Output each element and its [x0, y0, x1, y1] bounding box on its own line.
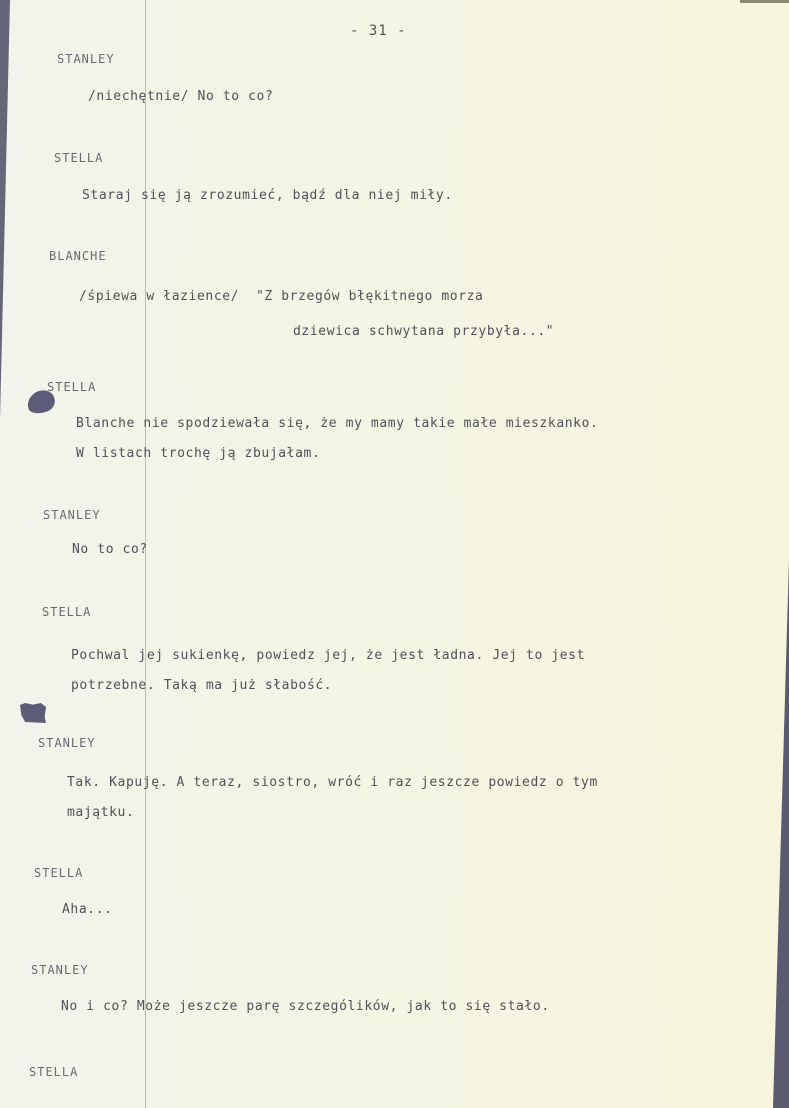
speaker-name: BLANCHE	[49, 249, 107, 263]
ink-blot	[20, 703, 46, 723]
dialogue-line: /niechętnie/ No to co?	[88, 89, 273, 104]
page-number: - 31 -	[350, 23, 407, 39]
scan-edge-top	[740, 0, 789, 3]
speaker-name: STANLEY	[38, 736, 96, 750]
dialogue-line: No i co? Może jeszcze parę szczególików,…	[61, 999, 550, 1014]
typewritten-page: - 31 - STANLEY /niechętnie/ No to co? ST…	[0, 0, 789, 1108]
speaker-name: STANLEY	[57, 52, 115, 66]
speaker-name: STELLA	[42, 605, 91, 619]
dialogue-line: Staraj się ją zrozumieć, bądź dla niej m…	[82, 188, 453, 203]
dialogue-line: Pochwal jej sukienkę, powiedz jej, że je…	[71, 648, 585, 663]
speaker-name: STELLA	[54, 151, 103, 165]
scan-edge-left	[0, 0, 10, 420]
dialogue-line: Tak. Kapuję. A teraz, siostro, wróć i ra…	[67, 775, 598, 790]
dialogue-line: /śpiewa w łazience/ "Z brzegów błękitneg…	[79, 289, 483, 304]
speaker-name: STANLEY	[31, 963, 89, 977]
dialogue-line: potrzebne. Taką ma już słabość.	[71, 678, 332, 693]
dialogue-line: Aha...	[62, 902, 113, 917]
speaker-name: STELLA	[29, 1065, 78, 1079]
speaker-name: STANLEY	[43, 508, 101, 522]
speaker-name: STELLA	[34, 866, 83, 880]
scan-edge-right	[773, 560, 789, 1108]
dialogue-line: No to co?	[72, 542, 148, 557]
speaker-name: STELLA	[47, 380, 96, 394]
dialogue-line: dziewica schwytana przybyła..."	[293, 324, 554, 339]
dialogue-line: Blanche nie spodziewała się, że my mamy …	[76, 416, 598, 431]
dialogue-line: majątku.	[67, 805, 134, 820]
dialogue-line: W listach trochę ją zbujałam.	[76, 446, 320, 461]
